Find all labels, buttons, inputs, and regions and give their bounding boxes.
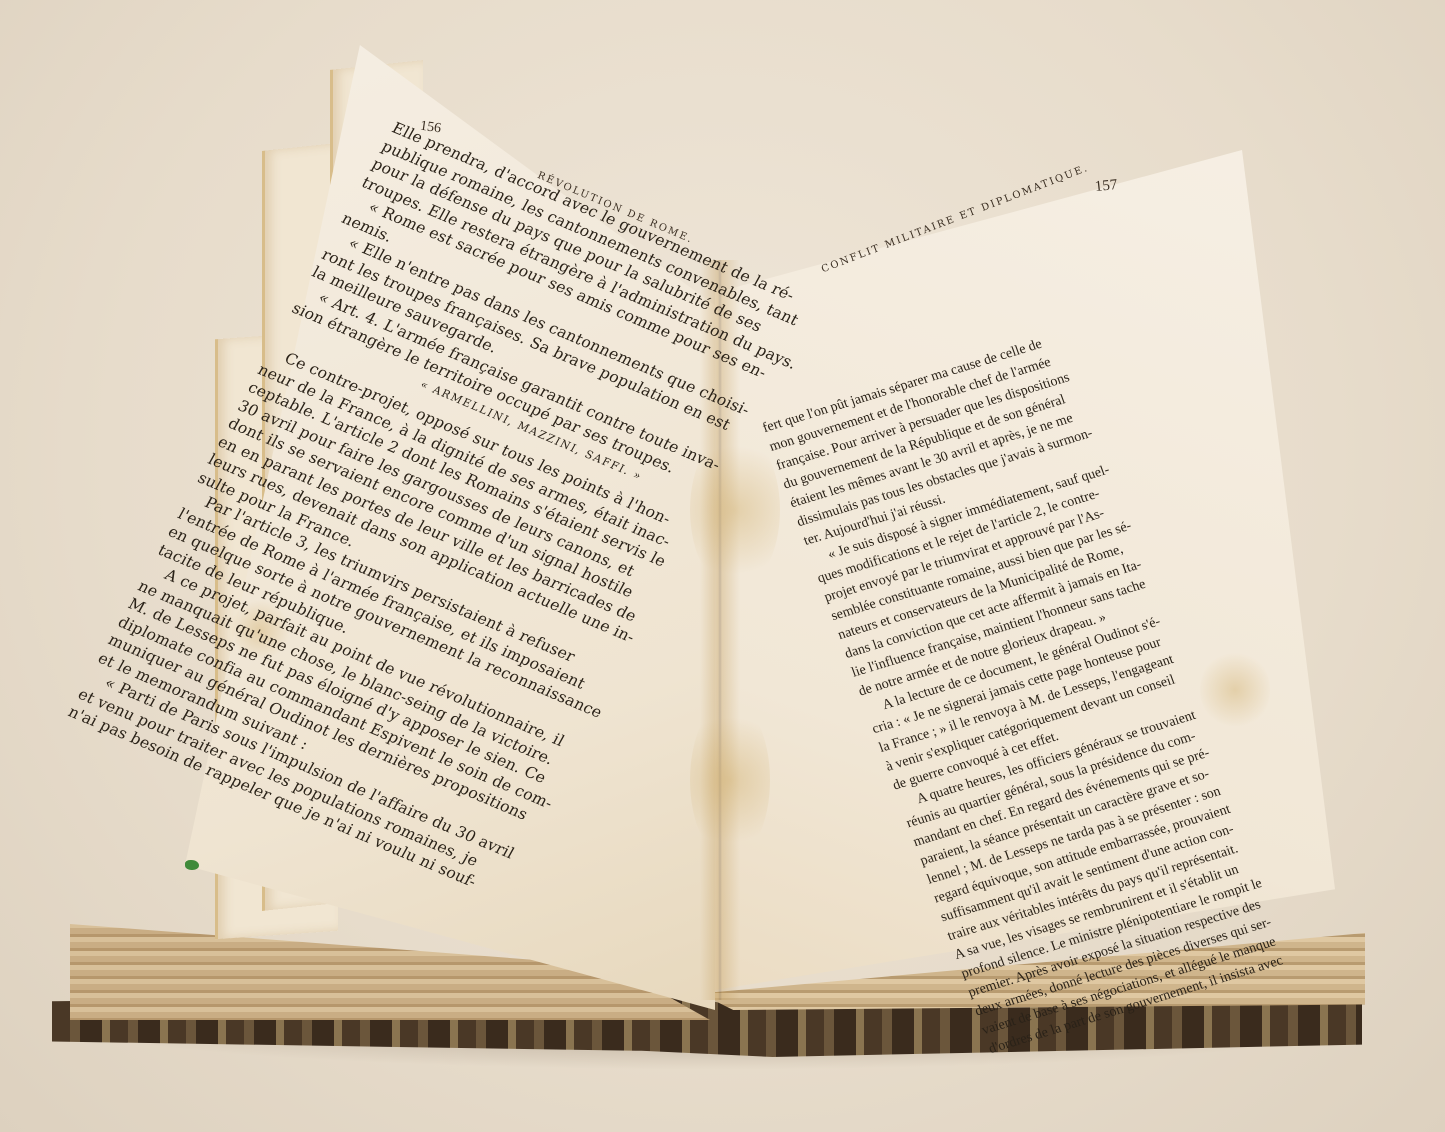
green-paint-fleck <box>185 860 199 870</box>
book-photo: 156 RÉVOLUTION DE ROME. 157 CONFLIT MILI… <box>0 0 1445 1132</box>
book-gutter <box>700 260 740 1000</box>
foxing-stain <box>690 700 770 860</box>
right-page-number: 157 <box>1094 177 1118 196</box>
